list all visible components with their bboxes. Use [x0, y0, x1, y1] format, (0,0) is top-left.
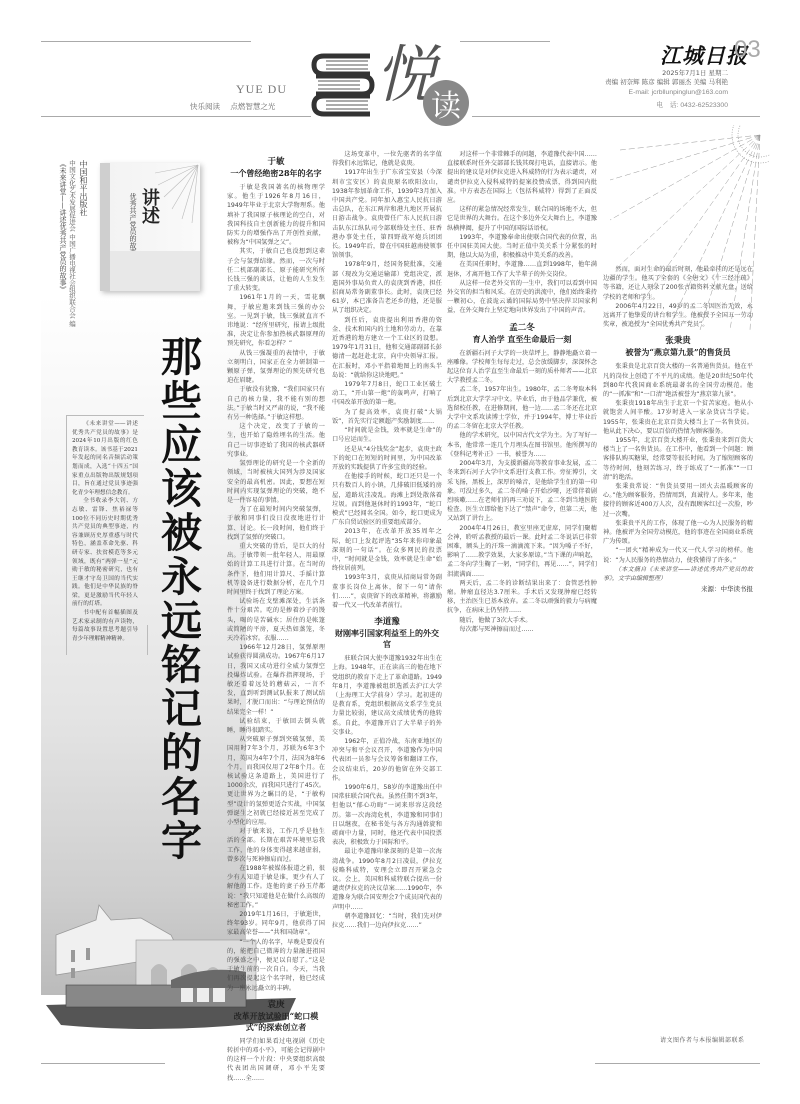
article-person-name: 李道豫 [332, 616, 442, 628]
article-paragraph: 1979年7月8日，蛇口工业区破土动工，“开山第一炮”的轰鸣声，打响了中国改革开… [332, 380, 442, 408]
article-paragraph: “一团火”精神成为一代又一代人学习的榜样。他说：“为人民服务的热情动力，使我懂得… [603, 546, 753, 564]
header-rule-bottom-left [41, 116, 311, 117]
article-paragraph: 试验场在戈壁滩深处，生活条件十分艰苦。吃的是掺着沙子的馒头，喝的是苦碱水；居住的… [227, 597, 325, 643]
article-paragraph: 这样的紧急情况经常发生，联合国的场地不大，但它是世界的大舞台。在这个多边外交大舞… [447, 205, 597, 233]
article-paragraph: 这场变革中，一位先驱者的名字值得我们永远铭记，他就是袁庚。 [332, 150, 442, 168]
article-paragraph: 重大突破的背后，是巨大的付出。于敏带领一批年轻人，用最原始的计算工具进行计算。在… [227, 542, 325, 597]
article-paragraph: 还是从“4分钱奖金”起步，袁庚主政下的蛇口在短短的时间里，为中国改革开放的实践提… [332, 445, 442, 473]
book-spine [100, 163, 110, 291]
book-cover-image: 优秀共产党员的故事 讲述 [100, 163, 200, 291]
article-paragraph: 从钱三强凝重的表情中，于敏立刻明白，国家正在全力研制第一颗原子弹，氢弹理论的预先… [227, 349, 325, 386]
contact-email: E-mail: jcrbllunpinglun@163.com [629, 89, 728, 96]
article-paragraph: 其实，于敏自己也没想到这辈子会与氢弹结缘。然而，一次与时任二机部副部长、原子能研… [227, 247, 325, 293]
article-paragraph: 驻联合国大使李道豫1932年出生在上海。1948年，正在读高三的他在地下党组织的… [332, 654, 442, 737]
article-paragraph: 1978年9月，经国务院批准，交通部（现改为交通运输部）党组决定，派遣国外事局负… [332, 260, 442, 315]
editors-credit: 责编 初奈辉 陈彦 编辑 郭丽杰 美编 马利艳 [605, 77, 728, 86]
article-paragraph: 他的学术研究，以中国古代文学为主。为了写好一本书，他常常一连几个月埋头在图书馆里… [447, 431, 597, 459]
article-paragraph: 为了提高效率，袁庚打破“大锅饭”，首先实行定额超产奖励制度…… [332, 408, 442, 426]
article-paragraph: 氢弹理论的研究是一个全新的领域，当时被核大国列为涉及国家安全的最高机密。因此，要… [227, 459, 325, 505]
issue-date: 2025年7月1日 星期二 [662, 68, 728, 77]
article-person-name: 张秉贵 [603, 335, 753, 347]
book-organizers: 中国文化艺术发展促进会 中国广播电视社会组织联合会 编 [68, 160, 77, 327]
book-cover-subtitle: 优秀共产党员的故事 [128, 193, 138, 256]
article-paragraph: 张秉贵1918年出生于北京一个贫苦家庭。他从小就饱尝人间辛酸。17岁时进入一家杂… [603, 399, 753, 436]
article-paragraph: 2006年4月22日，49岁的孟二冬因医治无效，永远离开了他挚爱的讲台和学生。他… [603, 302, 753, 330]
article-paragraph: 张秉贵常说：“售货员要用一团火去温暖顾客的心。”他为顾客服务，热情周到，真诚待人… [603, 482, 753, 519]
article-paragraph: 到任后，袁庚提出利用香港的资金、技术和国内的土地和劳动力，在靠近香港的地方建立一… [332, 316, 442, 380]
book-cover-title: 讲述 [140, 188, 158, 224]
article-heading-mengerdong: 孟二冬 育人治学 直至生命最后一刻 [447, 322, 597, 345]
article-source: 来源：中华读书报 [603, 585, 753, 594]
tagline-part-2: 点燃智慧之光 [230, 102, 275, 111]
article-paragraph: 1966年12月28日，氢弹原理试验获得圆满成功。1967年6月17日，我国又成… [227, 643, 325, 717]
article-paragraph: 1990年6月，58岁的李道豫出任中国常驻联合国代表。虽然任期不到3年，但他以“… [332, 783, 442, 847]
header-rule-bottom-right [472, 116, 760, 117]
copyright-contact-note: 请文图作者与本报编辑部联系 [660, 1035, 745, 1044]
header-rule-top-right [460, 41, 550, 42]
book-full-title: 《未来讲堂——讲述优秀共产党员的故事》 [58, 160, 68, 293]
article-paragraph: 于敏是我国著名的核物理学家。他生于1926年8月16日，1949年毕业于北京大学… [227, 183, 325, 247]
article-person-name: 于敏 [227, 156, 325, 168]
article-paragraph: 对这样一个非常棘手的问题，李道豫代表中国……直接联系时任外交部部长钱其琛打电话，… [447, 150, 597, 205]
intro-paragraph: 全书收录李大钊、方志敏、雷锋、焦裕禄等100位不同历史时期优秀共产党员的典型事迹… [72, 497, 138, 609]
article-paragraph: 最让李道豫印象深刻的是第一次海湾战争。1990年8月2日凌晨，伊拉克侵略科威特，… [332, 847, 442, 911]
article-heading-lidaoyu: 李道豫 财刚率引国家利益至上的外交官 [332, 616, 442, 650]
footer-rule-right [595, 1063, 760, 1064]
intro-text: 《未来讲堂——讲述优秀共产党员的故事》是2024年10月出版的红色教育读本。该书… [72, 420, 138, 643]
article-paragraph: 2004年4月26日，教室里座无虚席，同学们聚精会神，聆听孟教授的最后一课。此时… [447, 524, 597, 579]
article-paragraph: 张秉贵是北京百货大楼的一名普通售货员。他在平凡的岗位上创造了不平凡的成绩。他是2… [603, 362, 753, 399]
article-paragraph: 对于敏来说，工作几乎是他生活的全部。长期在艰苦环境里忘我工作，他的身体变得越来越… [227, 827, 325, 864]
article-paragraph: 为了在最短时间内突破氢弹，于敏和同事们没日没夜地进行计算、讨论。长一段时间，他们… [227, 505, 325, 542]
article-title: 改革开放试验田“蛇口模式”的探索创立者 [227, 1011, 325, 1033]
article-paragraph: 随后，他做了3次大手术。 [447, 616, 597, 625]
article-paragraph: 在美国任职时，李道豫……直到1998年，他年满退休，才离开他工作了大半辈子的外交… [447, 260, 597, 278]
article-paragraph: 孟二冬，1957年出生。1980年，孟二冬考取本科后到北京大学学习中文。毕业后，… [447, 385, 597, 431]
article-paragraph: 朝李道豫回忆：“当时，我们先对伊拉克……我们一边向伊拉克……” [332, 912, 442, 930]
article-paragraph: 2013年，在改革开放35周年之际，蛇口上发起评选“35年来你印象最深刻的一句话… [332, 527, 442, 573]
article-paragraph: 每次都与死神擦肩而过…… [447, 625, 597, 634]
article-paragraph: 从突破原子弹到突破氢弹，美国用时7年3个月，苏联为6年3个月，英国为4年7个月，… [227, 735, 325, 827]
header-rule-top-left [41, 41, 251, 42]
page-headline: 那些应该被永远铭记的名字 [157, 335, 198, 863]
article-heading-zhangbinggui: 张秉贵 被誉为“燕京第九景”的售货员 [603, 335, 753, 358]
article-paragraph: 从这样一位老外交官的一生中，我们可以看到中国外交官的担当和风采。在历史的洪流中，… [447, 279, 597, 316]
article-paragraph: 1993年3月，袁庚从招商局常务副董事长岗位上离休，留下一句“请你们……”，袁庚… [332, 573, 442, 610]
publisher-name: 中国和平出版社 [78, 160, 89, 216]
article-paragraph: 于敏没有犹豫，“我们国家只有自己的核力量，我不能有别的想法。”于敏当时又严肃的说… [227, 385, 325, 422]
footer-rule-left [41, 1063, 165, 1064]
contact-phone: 电 话: 0432-62523300 [656, 99, 728, 109]
intro-paragraph: 书中配有首幅插图及艺术家录制的有声读物，每篇故事设置思考题引导青少年理解精神精神… [72, 609, 138, 643]
article-paragraph: 1961年1月的一天，雪花飘舞，于敏应邀来到钱三强的办公室。一见到于敏，钱三强就… [227, 293, 325, 348]
article-paragraph: 1993年，李道豫奉命出使联合国代表的位置，出任中国驻美国大使。当时正值中美关系… [447, 233, 597, 261]
article-paragraph: 1955年，北京百货大楼开业，张秉贵来到百货大楼当上了一名售货员。在工作中，他看… [603, 436, 753, 482]
article-title: 被誉为“燕京第九景”的售货员 [603, 347, 753, 358]
article-paragraph: 张秉贵平凡的工作，体现了他一心为人民服务的精神。他被评为全国劳动模范，他的事迹在… [603, 519, 753, 547]
article-paragraph: 2004年3月，为支援新疆高等教育事业发展，孟二冬来到石河子大学中文系进行支教工… [447, 459, 597, 523]
article-paragraph: 1917年出生于广东省宝安县（今深圳市宝安区）的袁庚原名欧阳汝山，1938年参加… [332, 168, 442, 260]
article-paragraph: 这个决定，改变了于敏的一生，也开始了隐姓埋名的生活。他自己一切事迹始了我国的核武… [227, 422, 325, 459]
article-paragraph: “时间就是金钱，效率就是生命”的口号应运而生。 [332, 426, 442, 444]
section-tagline: 快乐阅读 点燃智慧之光 [190, 101, 283, 112]
tagline-part-1: 快乐阅读 [190, 102, 220, 111]
article-editor-note: （本文摘自《未来讲堂——讲述优秀共产党员的故事》，文字由编辑整理） [603, 565, 753, 583]
article-heading-yumin: 于敏 一个曾经绝密28年的名字 [227, 156, 325, 179]
article-person-name: 袁庚 [227, 999, 325, 1011]
article-paragraph: 在他接手的时候，蛇口还只是一个只有数百人的小镇，几排破旧低矮的房屋，道路坑洼凌乱… [332, 472, 442, 527]
section-pinyin: YUE DU [236, 82, 287, 97]
article-title: 育人治学 直至生命最后一刻 [447, 334, 597, 345]
article-paragraph: 2019年1月16日，于敏逝世，终年93岁。同年9月，他获得了国家最高荣誉——“… [227, 910, 325, 938]
article-person-name: 孟二冬 [447, 322, 597, 334]
article-title: 一个曾经绝密28年的名字 [227, 168, 325, 179]
article-paragraph: 同学们如果看过电视剧《历史转折中的邓小平》，可能会记得剧中的这样一个片段：中央要… [227, 1037, 325, 1083]
page-number: 03 [734, 36, 761, 64]
article-paragraph: 试验结束，于敏回去倒头就睡，睡得很踏实。 [227, 717, 325, 735]
article-paragraph: 在1988年被媒体报道之前，很少有人知道于敏是谁，更少有人了解他的工作。连他的妻… [227, 864, 325, 910]
article-heading-yuangeng: 袁庚 改革开放试验田“蛇口模式”的探索创立者 [227, 999, 325, 1033]
article-column-4: 然而，面对生命的最后时刻，他最牵挂的还是远在边疆的学生。他买了全套的《全唐文》《… [603, 265, 753, 595]
section-title-du-badge: 读 [423, 80, 469, 126]
article-column-3: 对这样一个非常棘手的问题，李道豫代表中国……直接联系时任外交部部长钱其琛打电话，… [447, 150, 597, 634]
article-paragraph: 在新疆石河子大学的一块草坪上，静静地矗立着一座雕像。学校师生每每走过，总会放缓脚… [447, 349, 597, 386]
article-paragraph: 然而，面对生命的最后时刻，他最牵挂的还是远在边疆的学生。他买了全套的《全唐文》《… [603, 265, 753, 302]
article-column-1: 于敏 一个曾经绝密28年的名字 于敏是我国著名的核物理学家。他生于1926年8月… [227, 150, 325, 1083]
intro-paragraph: 《未来讲堂——讲述优秀共产党员的故事》是2024年10月出版的红色教育读本。该书… [72, 420, 138, 497]
books-stack-icon [310, 52, 376, 118]
article-title: 财刚率引国家利益至上的外交官 [332, 628, 442, 650]
article-paragraph: “一个人的名字，早晚是要没有的，能把自己微薄的力量融进祖国的强盛之中，便足以自慰… [227, 938, 325, 993]
article-paragraph: 两天后，孟二冬的诊断结果出来了：食管恶性肿瘤。肿瘤直径达3.7厘米。手术后又发现… [447, 579, 597, 616]
article-column-2: 这场变革中，一位先驱者的名字值得我们永远铭记，他就是袁庚。 1917年出生于广东… [332, 150, 442, 930]
article-paragraph: 1962年，正值冷战，东南亚地区的冲突与和平会议召开，李道豫作为中国代表团一员参… [332, 737, 442, 783]
book-cover-bottom [110, 251, 200, 291]
